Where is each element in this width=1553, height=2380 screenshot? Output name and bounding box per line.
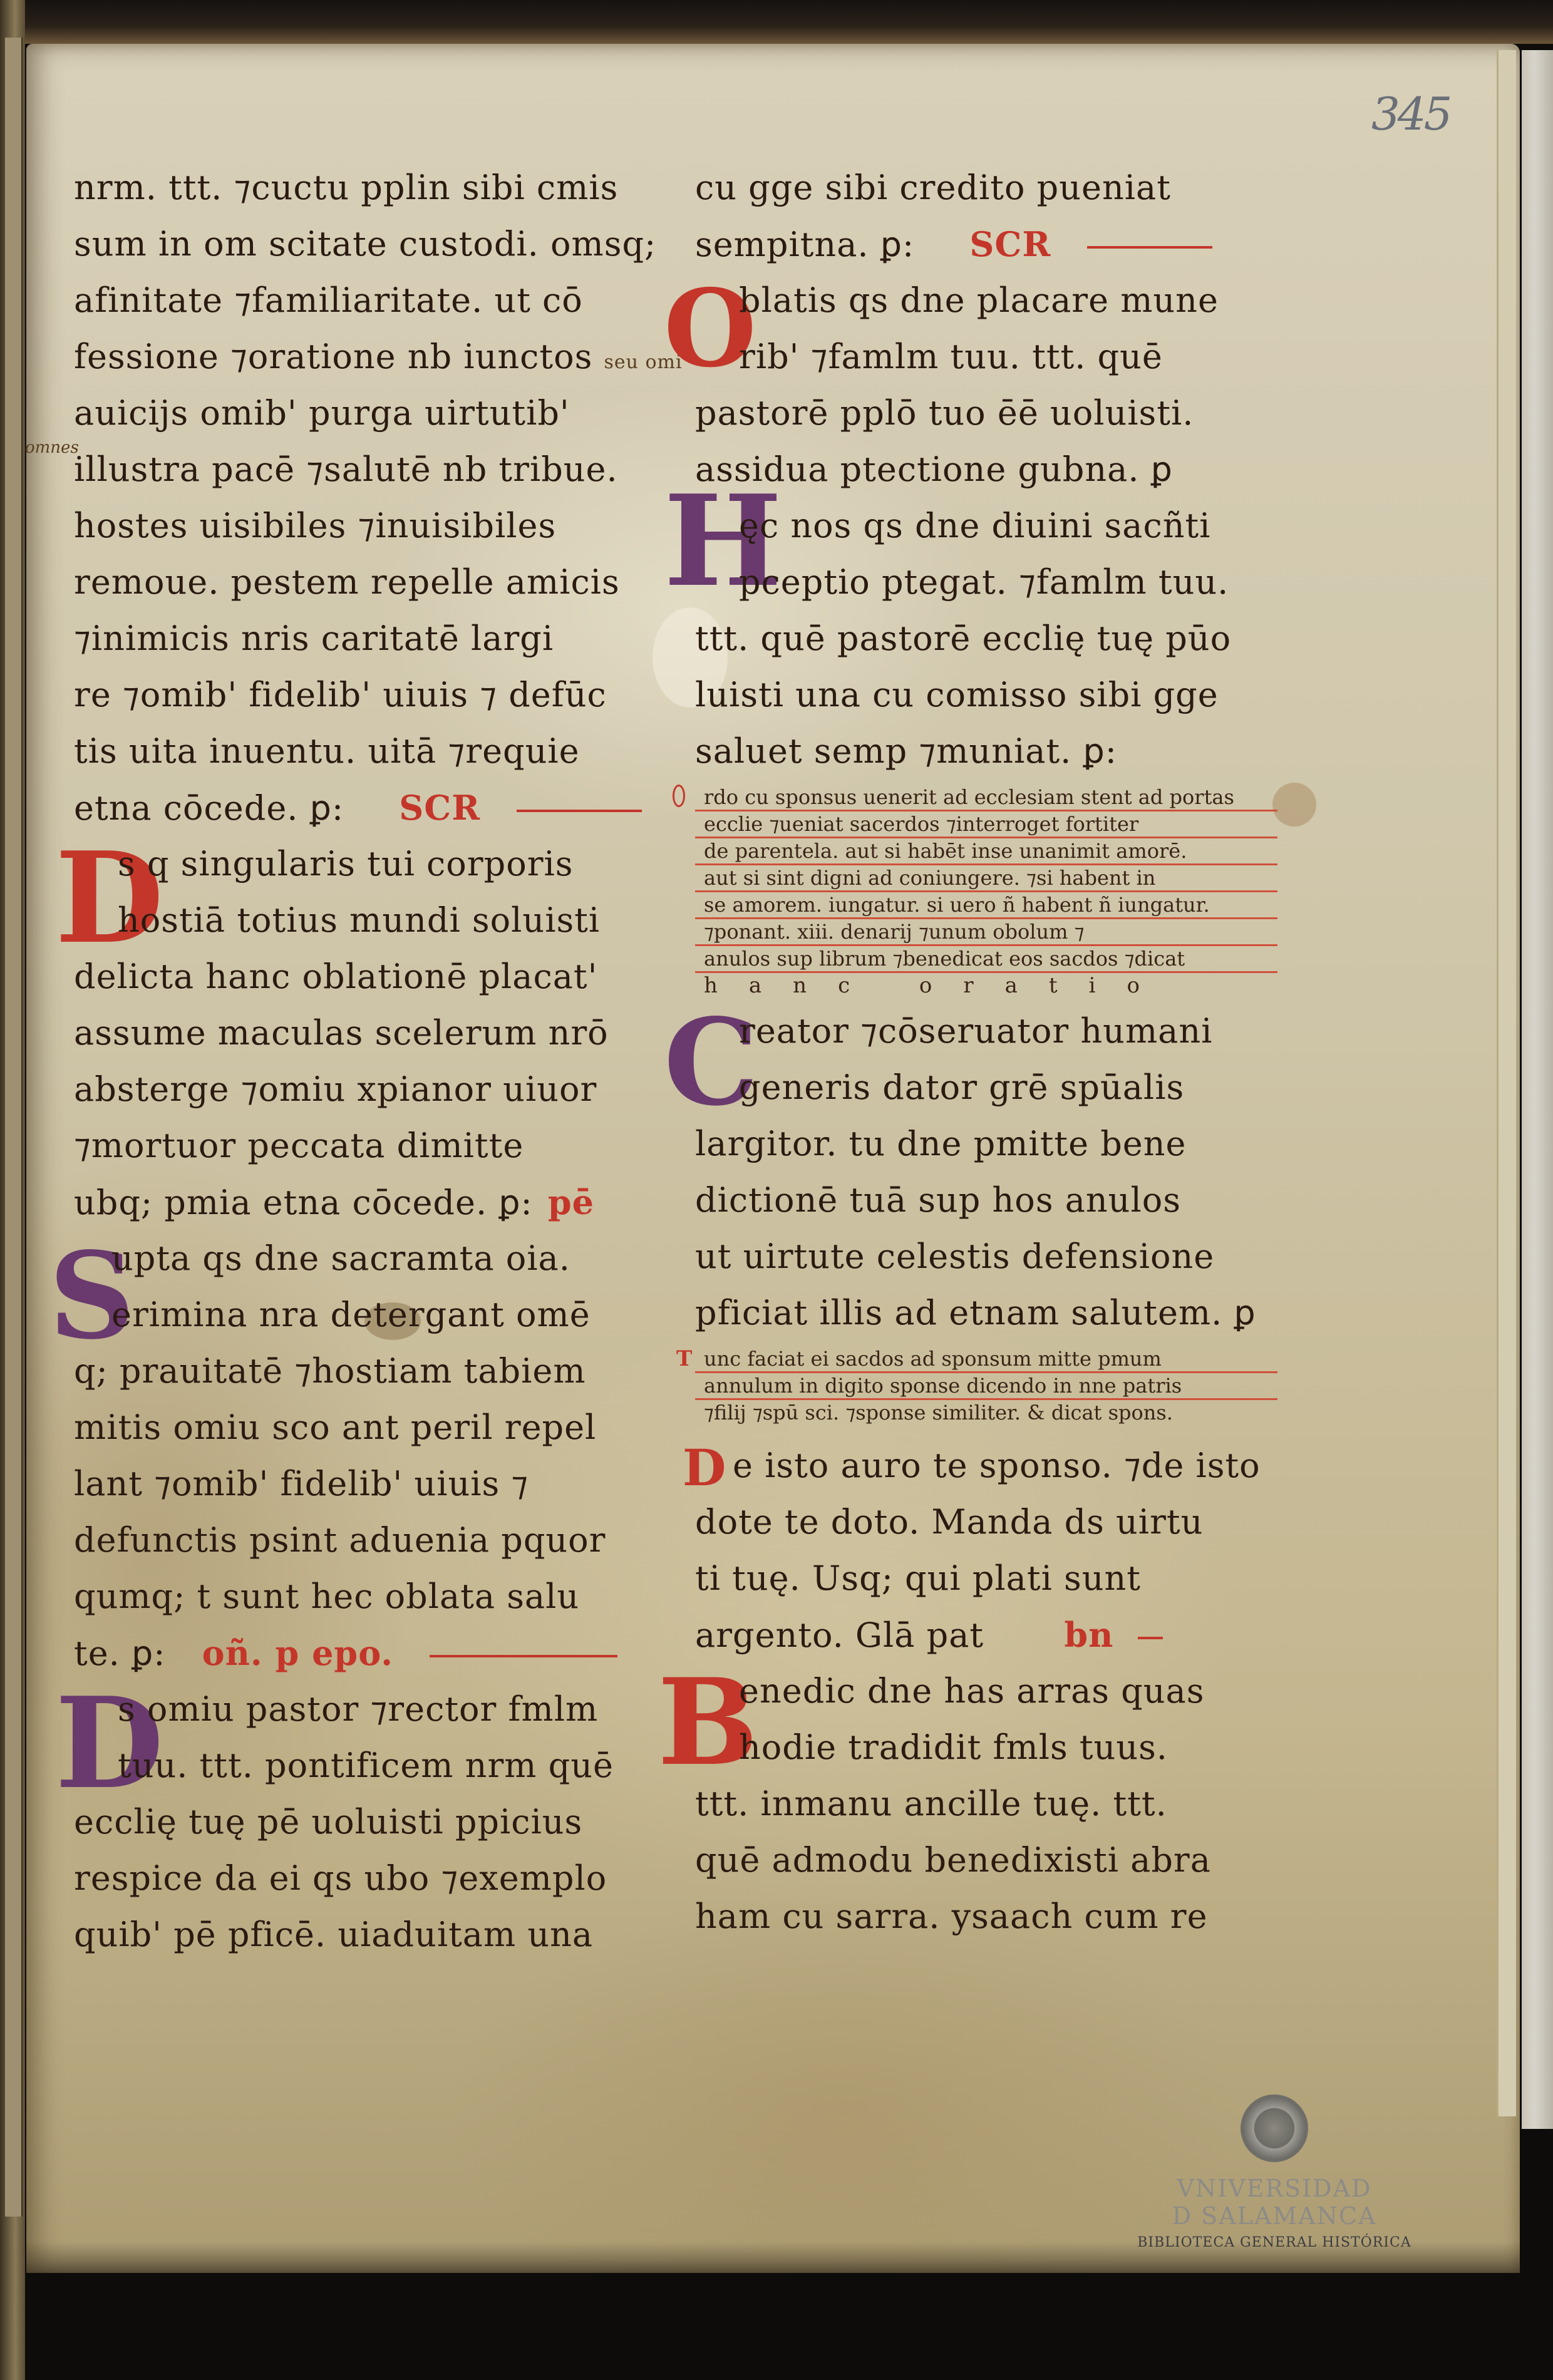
prayer-block: D e isto auro te sponso. ⁊de isto dote t… [695,1438,1277,1663]
text-line: erimina nra detergant omē [74,1287,656,1343]
small-initial-t: T [676,1346,692,1371]
prayer-block: B enedic dne has arras quas hodie tradid… [695,1663,1277,1945]
prayer-block: S upta qs dne sacramta oia. erimina nra … [74,1230,656,1681]
previous-leaf-edge [5,38,23,2217]
text-line: mitis omiu sco ant peril repel [74,1399,656,1456]
text-line: upta qs dne sacramta oia. [74,1230,656,1287]
text-line: dictionē tuā sup hos anulos [695,1172,1277,1229]
text-line: quib' pē pficē. uiaduitam una [74,1907,656,1963]
text-line: largitor. tu dne pmitte bene [695,1116,1277,1172]
rubric-rule [517,810,642,812]
ordo-rubric-block: rdo cu sponsus uenerit ad ecclesiam sten… [695,785,1277,998]
text-line: nrm. ttt. ⁊cuctu pplin sibi cmis [74,160,656,216]
text-line: ubq; pmia etna cōcede. ꝑ: pē [74,1174,656,1230]
text-line: pceptio ptegat. ⁊famlm tuu. [695,554,1277,610]
text-line: ecclię tuę pē uoluisti ppicius [74,1794,656,1850]
text-line: e isto auro te sponso. ⁊de isto [695,1438,1277,1494]
text-line: delicta hanc oblationē placat' [74,949,656,1005]
text-line: illustra pacē ⁊salutē nb tribue. [74,441,656,498]
text-line: quē admodu benedixisti abra [695,1832,1277,1888]
text-line: q; prauitatē ⁊hostiam tabiem [74,1343,656,1399]
rubric-rule [1138,1637,1163,1639]
rubric-line: ⁊filij ⁊spū sci. ⁊sponse similiter. & di… [695,1400,1277,1425]
text-line: hostiā totius mundi soluisti [74,892,656,949]
text-line: ttt. inmanu ancille tuę. ttt. [695,1776,1277,1832]
watermark-line-1: VNIVERSIDAD [1124,2175,1425,2202]
watermark-line-2: D SALAMANCA [1124,2202,1425,2230]
text-line: ⁊inimicis nris caritatē largi [74,610,656,667]
library-watermark: VNIVERSIDAD D SALAMANCA BIBLIOTECA GENER… [1124,2094,1425,2250]
rubric-pro-episcopo: oñ. p epo. [202,1633,393,1673]
prayer-block: D s omiu pastor ⁊rector fmlm tuu. ttt. p… [74,1681,656,1963]
text-line: tis uita inuentu. uitā ⁊requie [74,723,656,780]
text-line: ttt. quē pastorē ecclię tuę pūo [695,610,1277,667]
text-line: dote te doto. Manda ds uirtu [695,1494,1277,1550]
text-line: sum in om scitate custodi. omsq; [74,216,656,272]
text-line: ęc nos qs dne diuini sacñti [695,498,1277,554]
text-line: pastorē pplō tuo ēē uoluisti. [695,385,1277,441]
prayer-block: D s q singularis tui corporis hostiā tot… [74,836,656,1230]
text-line: cu gge sibi credito pueniat [695,160,1277,216]
stain [1272,783,1316,827]
left-column: nrm. ttt. ⁊cuctu pplin sibi cmis sum in … [74,160,656,1963]
rubric-benedictio: bn [1064,1615,1113,1655]
text-line: luisti una cu comisso sibi gge [695,667,1277,723]
text-line: saluet semp ⁊muniat. ꝑ: [695,723,1277,780]
text-line: enedic dne has arras quas [695,1663,1277,1719]
text-line: hodie tradidit fmls tuus. [695,1719,1277,1776]
right-column: cu gge sibi credito pueniat sempitna. ꝑ:… [695,160,1277,1945]
text-line: s omiu pastor ⁊rector fmlm [74,1681,656,1738]
rubric-line: unc faciat ei sacdos ad sponsum mitte pm… [695,1346,1277,1373]
text-line: afinitate ⁊familiaritate. ut cō [74,272,656,329]
small-initial-o [673,785,685,807]
rubric-line: de parentela. aut si habēt inse unanimit… [695,838,1277,865]
text-line: respice da ei qs ubo ⁊exemplo [74,1850,656,1907]
tunc-rubric-block: T unc faciat ei sacdos ad sponsum mitte … [695,1346,1277,1425]
text-line: ut uirtute celestis defensione [695,1229,1277,1285]
rubric-secret: SCR [399,788,480,828]
text-line: rib' ⁊famlm tuu. ttt. quē [695,329,1277,385]
text-line: argento. Glā pat bn [695,1607,1277,1663]
rubric-line: aut si sint digni ad coniungere. ⁊si hab… [695,865,1277,892]
text-line: tuu. ttt. pontificem nrm quē [74,1738,656,1794]
folio-number: 345 [1371,88,1450,140]
page-fold-right [1497,50,1516,2116]
text-line: absterge ⁊omiu xpianor uiuor [74,1061,656,1118]
text-line: hostes uisibiles ⁊inuisibiles [74,498,656,554]
text-line: generis dator grē spūalis [695,1059,1277,1116]
text-line: re ⁊omib' fidelib' uiuis ⁊ defūc [74,667,656,723]
rubric-rule [430,1655,617,1657]
page-bottom-shadow [26,2242,1520,2380]
text-line: fessione ⁊oratione nb iunctos seu omi [74,329,656,385]
prayer-block: O blatis qs dne placare mune rib' ⁊famlm… [695,272,1277,498]
text-line: auicijs omib' purga uirtutib' [74,385,656,441]
text-line: sempitna. ꝑ: SCR [695,216,1277,272]
rubric-line: se amorem. iungatur. si uero ñ habent ñ … [695,892,1277,919]
rubric-postcommunion: pē [548,1182,594,1222]
watermark-line-3: BIBLIOTECA GENERAL HISTÓRICA [1124,2235,1425,2250]
rubric-secret: SCR [969,224,1051,264]
rubric-line: ⁊ponant. xiii. denarij ⁊unum obolum ⁊ [695,919,1277,946]
text-line: s q singularis tui corporis [74,836,656,892]
rubric-line-spaced: hanc oratio [695,973,1277,998]
text-line: remoue. pestem repelle amicis [74,554,656,610]
text-line: blatis qs dne placare mune [695,272,1277,329]
prayer-block: C reator ⁊cōseruator humani generis dato… [695,1003,1277,1341]
leaf-stack-right [1522,50,1553,2129]
text-line: ⁊mortuor peccata dimitte [74,1118,656,1174]
rubric-line: anulos sup librum ⁊benedicat eos sacdos … [695,946,1277,973]
text-line: assidua ptectione gubna. ꝑ [695,441,1277,498]
prayer-block: H ęc nos qs dne diuini sacñti pceptio pt… [695,498,1277,780]
rubric-line: rdo cu sponsus uenerit ad ecclesiam sten… [695,785,1277,811]
text-line: reator ⁊cōseruator humani [695,1003,1277,1059]
rubric-line: annulum in digito sponse dicendo in nne … [695,1373,1277,1400]
text-line: ti tuę. Usq; qui plati sunt [695,1550,1277,1607]
university-seal-icon [1241,2094,1308,2162]
margin-note-left: omnes [25,438,79,457]
rubric-line: ecclie ⁊ueniat sacerdos ⁊interroget fort… [695,811,1277,838]
binding-top-edge [0,0,1553,44]
text-line: lant ⁊omib' fidelib' uiuis ⁊ [74,1456,656,1512]
text-line: assume maculas scelerum nrō [74,1005,656,1061]
text-line: ham cu sarra. ysaach cum re [695,1888,1277,1945]
rubric-rule [1087,246,1212,249]
text-line: defunctis psint aduenia pquor [74,1512,656,1569]
text-line: pficiat illis ad etnam salutem. ꝑ [695,1285,1277,1341]
text-line: qumq; t sunt hec oblata salu [74,1569,656,1625]
